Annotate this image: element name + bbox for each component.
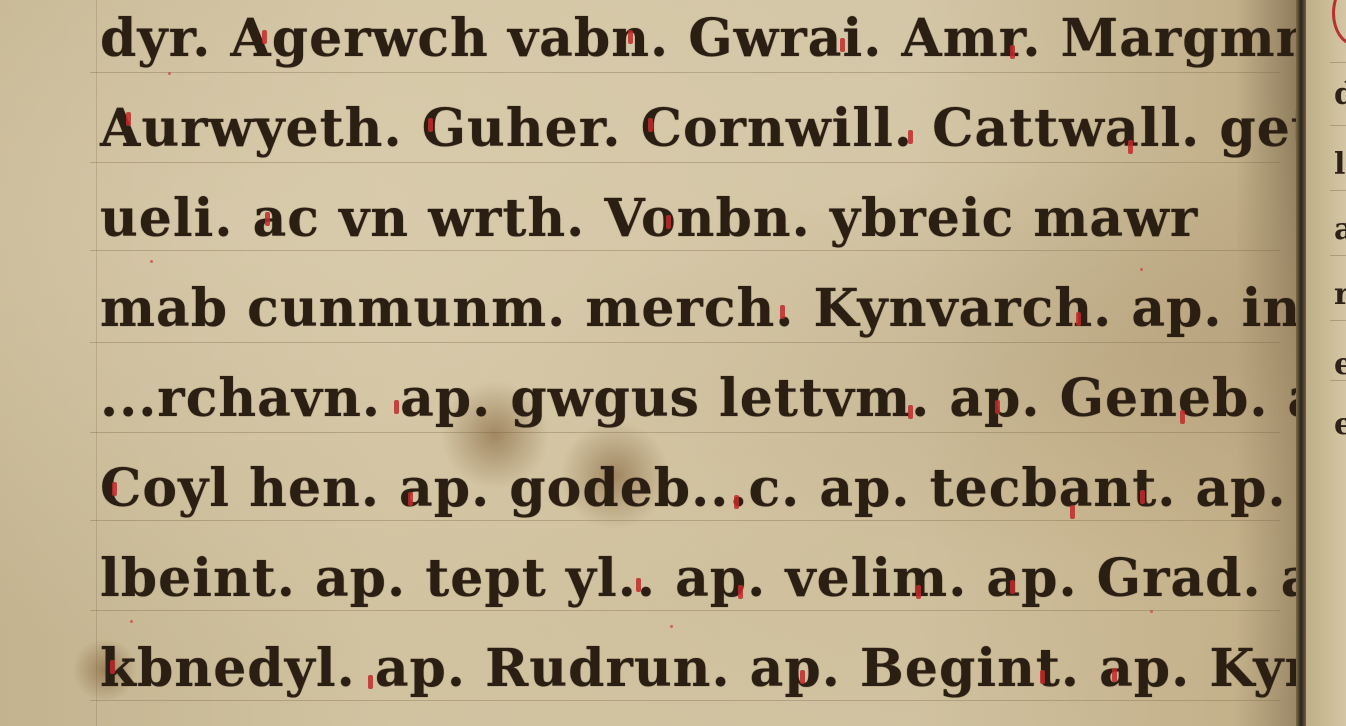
ruling-line	[90, 342, 1280, 343]
rubric-stroke	[1128, 140, 1133, 154]
facing-text-fragment: e	[1334, 350, 1346, 380]
ruling-line	[1330, 380, 1346, 381]
rubric-stroke	[265, 212, 270, 226]
manuscript-line-8: kbnedyl. ap. Rudrun. ap. Begint. ap. Kym	[100, 638, 1340, 699]
facing-text-fragment: d	[1334, 80, 1346, 110]
manuscript-line-7: lbeint. ap. tept yl.. ap. velim. ap. Gra…	[100, 548, 1346, 609]
facing-text-fragment: r	[1334, 280, 1346, 310]
rubric-stroke	[916, 585, 921, 599]
rubric-stroke	[636, 578, 641, 592]
rubric-stroke	[1010, 580, 1015, 594]
rubric-stroke	[112, 482, 117, 496]
rubric-stroke	[1180, 410, 1185, 424]
ruling-line	[90, 72, 1280, 73]
ruling-line	[90, 520, 1280, 521]
ruling-line	[90, 250, 1280, 251]
rubric-stroke	[368, 675, 373, 689]
rubric-stroke	[262, 30, 267, 44]
rubric-stroke	[126, 112, 131, 126]
rubric-stroke	[1140, 490, 1145, 504]
facing-text-fragment: e	[1334, 410, 1346, 440]
red-speck	[1150, 610, 1153, 613]
rubric-stroke	[394, 400, 399, 414]
rubric-stroke	[908, 130, 913, 144]
rubric-stroke	[800, 670, 805, 684]
ruling-line	[1330, 62, 1346, 63]
rubric-stroke	[738, 585, 743, 599]
rubric-stroke	[628, 30, 633, 44]
rubric-stroke	[110, 660, 115, 674]
manuscript-line-5: ...rchavn. ap. gwgus lettvm. ap. Geneb. …	[100, 368, 1346, 429]
ruling-line	[1330, 190, 1346, 191]
ruling-line	[1330, 320, 1346, 321]
ruling-line	[90, 700, 1280, 701]
ruling-line	[1330, 255, 1346, 256]
rubric-stroke	[780, 305, 785, 319]
book-gutter	[1296, 0, 1306, 726]
rubric-stroke	[1040, 670, 1045, 684]
red-speck	[130, 620, 133, 623]
manuscript-line-6: Coyl hen. ap. godeb...c. ap. tecbant. ap…	[100, 458, 1346, 519]
rubric-stroke	[1070, 505, 1075, 519]
margin-rule	[96, 0, 97, 726]
manuscript-line-4: mab cunmunm. merch. Kynvarch. ap. ine	[100, 278, 1335, 339]
rubric-stroke	[840, 38, 845, 52]
ruling-line	[90, 432, 1280, 433]
ruling-line	[1330, 125, 1346, 126]
manuscript-page: dyr. Agerwch vabn. Gwrai. Amr. Margmn Au…	[0, 0, 1300, 726]
rubric-stroke	[734, 495, 739, 509]
rubric-stroke	[648, 118, 653, 132]
rubric-stroke	[995, 400, 1000, 414]
red-speck	[1140, 268, 1143, 271]
rubric-stroke	[428, 118, 433, 132]
rubric-stroke	[908, 405, 913, 419]
red-speck	[670, 625, 673, 628]
rubric-stroke	[1112, 668, 1117, 682]
ruling-line	[90, 162, 1280, 163]
rubric-stroke	[1010, 45, 1015, 59]
rubric-stroke	[1076, 312, 1081, 326]
rubric-stroke	[666, 215, 671, 229]
manuscript-line-2: Aurwyeth. Guher. Cornwill. Cattwall. get	[100, 98, 1316, 159]
manuscript-line-1: dyr. Agerwch vabn. Gwrai. Amr. Margmn	[100, 8, 1314, 69]
facing-page: d lo a r e e	[1306, 0, 1346, 726]
facing-text-fragment: lo	[1334, 150, 1346, 180]
ruling-line	[90, 610, 1280, 611]
red-speck	[150, 260, 153, 263]
red-speck	[168, 72, 171, 75]
facing-text-fragment: a	[1334, 215, 1346, 245]
rubric-initial-arc	[1332, 0, 1346, 46]
rubric-stroke	[408, 492, 413, 506]
